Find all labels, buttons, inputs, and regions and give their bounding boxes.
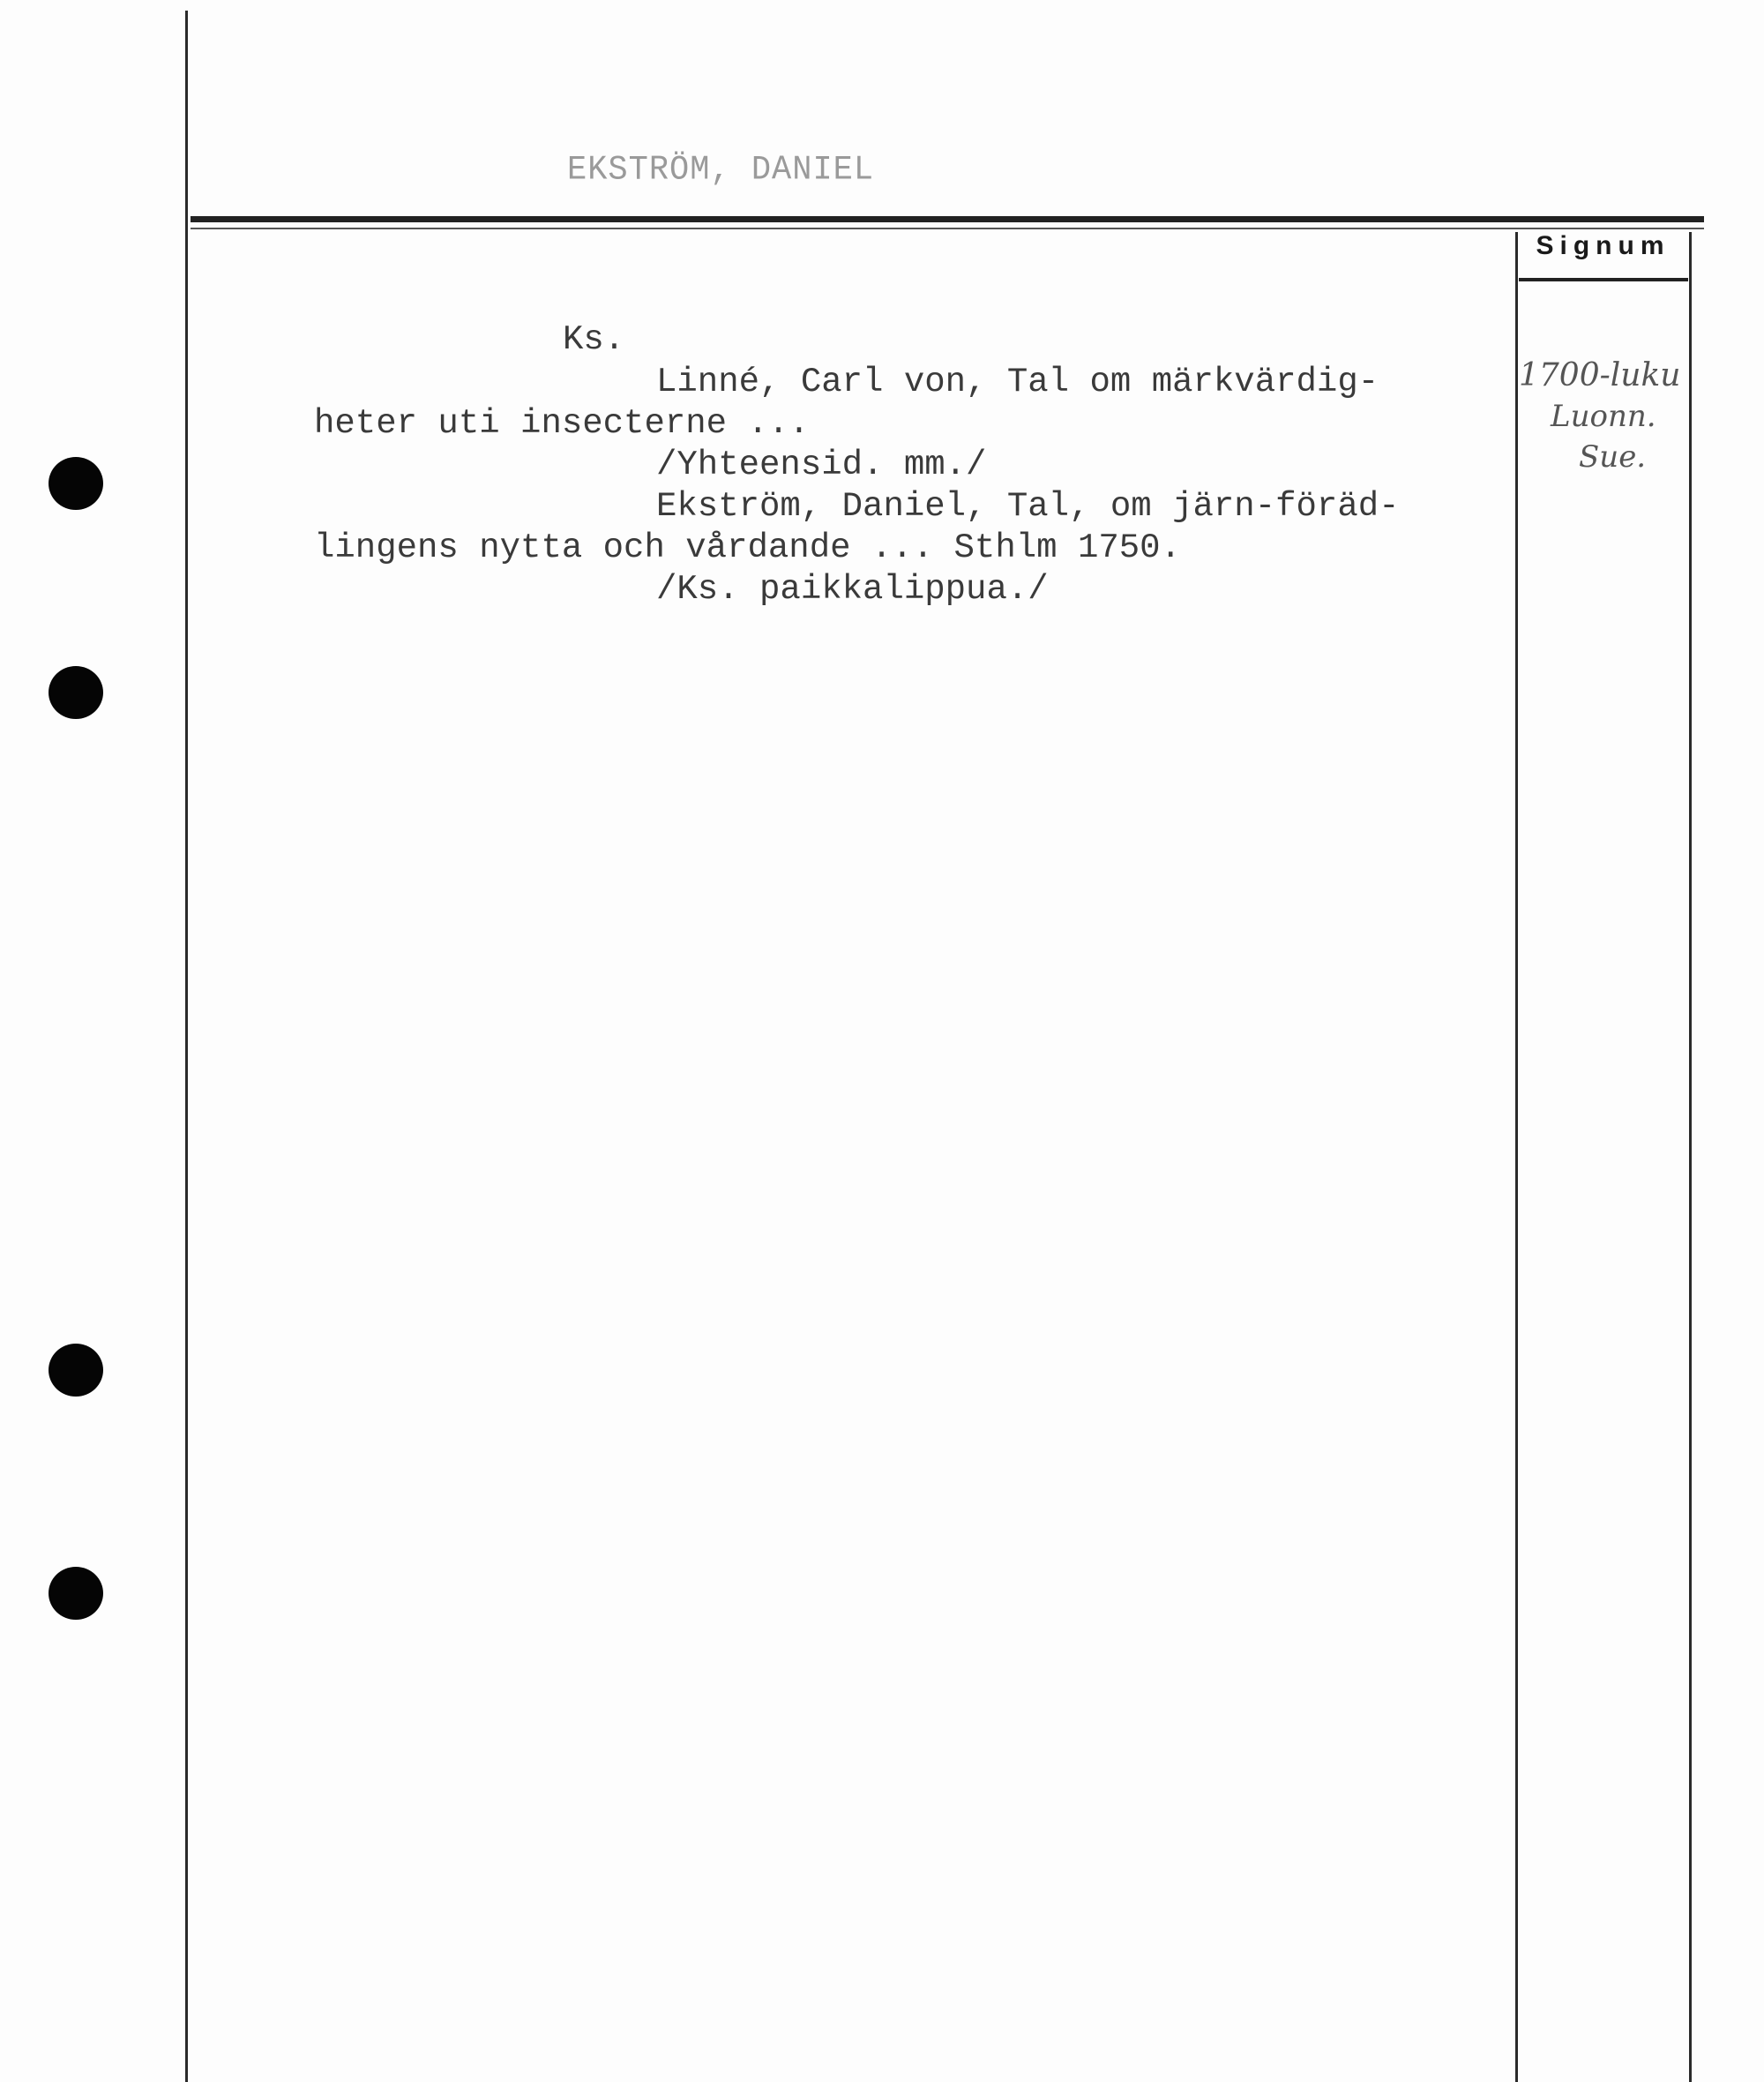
catalog-card: EKSTRÖM, DANIEL Signum Ks. Linné, Carl v…	[0, 0, 1764, 2082]
body-line: Linné, Carl von, Tal om märkvärdig-	[656, 362, 1379, 403]
signum-handwritten-line: Sue.	[1579, 439, 1646, 475]
signum-right-border	[1689, 232, 1692, 2082]
body-line: Ekström, Daniel, Tal, om järn-föräd-	[656, 486, 1400, 528]
body-line: /Yhteensid. mm./	[656, 445, 986, 486]
punch-hole	[49, 1567, 103, 1620]
punch-hole	[49, 666, 103, 719]
punch-hole	[49, 1344, 103, 1397]
signum-handwritten-line: Luonn.	[1551, 399, 1656, 434]
body-line: heter uti insecterne ...	[314, 403, 810, 445]
left-border-line	[185, 11, 188, 2082]
body-line: Ks.	[563, 319, 624, 361]
header-thick-rule	[191, 216, 1704, 222]
signum-label: Signum	[1515, 231, 1691, 261]
body-line: lingens nytta och vårdande ... Sthlm 175…	[314, 528, 1181, 569]
header-thin-rule	[191, 228, 1704, 229]
card-heading: EKSTRÖM, DANIEL	[567, 151, 874, 190]
punch-hole	[49, 457, 103, 510]
body-line: /Ks. paikkalippua./	[656, 569, 1049, 610]
signum-handwritten-line: 1700-luku	[1519, 357, 1680, 393]
signum-left-border	[1515, 232, 1518, 2082]
signum-underline	[1519, 278, 1688, 281]
